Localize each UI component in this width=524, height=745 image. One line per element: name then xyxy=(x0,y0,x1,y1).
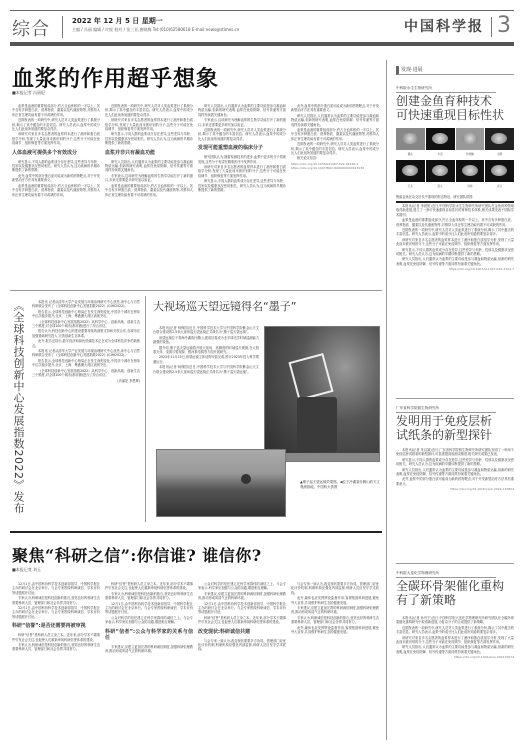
telescope-photo xyxy=(264,326,380,462)
paragraph: 研究人员指出,人们通常认为血浆的主要功能是参与凝血和物质运输,但新的研究表明,血… xyxy=(198,104,286,117)
paragraph: 专家认为,科研诚信是科技创新的基石,营造良好的科研生态需要科研人员、管理部门和社… xyxy=(105,592,193,601)
paragraph: 近期发表的一项研究中,研究人员对人类血浆进行了系统分析,揭示了其中蕴含的丰富信息… xyxy=(396,626,514,635)
article-subhead: 发现可能重塑血液的临床分子 xyxy=(198,145,286,151)
reference-link[interactable]: https://doi.org/10.1016/j.snb.2022.13289… xyxy=(396,487,514,491)
goldfish-photo: 珍珠鳞 xyxy=(456,128,485,150)
paragraph: 12月1日,由中国科协科学技术创新部指导、中国科学报社主办的研讨会在北京举行。与… xyxy=(12,606,100,619)
paragraph: 近期发表的一项研究中,研究人员对人类血浆进行了系统分析,揭示了其中蕴含的丰富信息… xyxy=(12,118,100,131)
article-column: 与会专家一致认为,改变现状需要多方协同。管理部门应优化评价机制,科研机构应强化内… xyxy=(291,582,379,740)
story-title-line: 可快速重现目标性状 xyxy=(396,108,504,122)
article-vertical-title: 《全球科技创新中心发展指数2022》发布 xyxy=(8,300,24,514)
article-headline: 聚焦“科研之信”:你信谁? 谁信你? xyxy=(12,543,262,566)
paragraph: 研究显示,不同人群的血浆成分存在差异,这些差异与年龄、性别以及健康状况密切相关。… xyxy=(396,458,514,467)
goldfish-photo-grid: 狮头 水泡 珍珠鳞 龙睛 红头 高头 绒球 虎头 xyxy=(396,128,514,192)
paragraph: 本报讯 记者从清华大学产业发展与环境治理研究中心获悉,该中心与自然科研联合发布了… xyxy=(32,300,140,309)
paragraph: 研究团队认为,随着检测技术的进步,血浆中更多的分子将被发现,这些分子有望在精准医… xyxy=(198,155,286,164)
story-source: 广东省科学院微生物研究所 xyxy=(396,406,496,413)
paragraph: 专家建议,应建立更加完善的科研诚信制度,加强科研伦理教育,推动形成风清气正的科研… xyxy=(105,645,193,654)
paragraph: 《全球科技创新中心发展指数2022》从科学中心、创新高地、创新生态三个维度,对全… xyxy=(32,320,140,329)
goldfish-photo: 绒球 xyxy=(456,160,485,182)
paragraph: 该研究对来自多名志愿者的血浆样本进行了测序和蛋白质组学分析,发现了大量此前未被识… xyxy=(396,636,514,645)
paragraph: 《全球科技创新中心发展指数2022》从科学中心、创新高地、创新生态三个维度,对全… xyxy=(32,369,140,378)
goldfish-photo: 狮头 xyxy=(396,128,425,150)
telescope-truss xyxy=(288,353,333,401)
paragraph: 专家建议,应建立更加完善的科研诚信制度,加强科研伦理教育,推动形成风清气正的科研… xyxy=(198,592,286,601)
story-title: 创建金鱼育种技术 可快速重现目标性状 xyxy=(396,94,504,122)
paragraph: 血浆是血液的重要组成部分,约占全血体积的一半以上。其中含有多种蛋白质、营养物质、… xyxy=(291,128,379,141)
article-subhead: 改变现状:科研诚信共建 xyxy=(198,629,286,635)
reference-link[interactable]: https://doi.org/10.1007/s11427-022-2194-… xyxy=(396,267,514,271)
paragraph: 研究人员指出,人们通常认为血浆的主要功能是参与凝血和物质运输,但新的研究表明,血… xyxy=(291,114,379,127)
paragraph: 本报讯 记者从清华大学产业发展与环境治理研究中心获悉,该中心与自然科研联合发布了… xyxy=(32,349,140,358)
paragraph: 相关论文信息: xyxy=(291,156,379,160)
paragraph: 专家认为,科研诚信是科技创新的基石,营造良好的科研生态需要科研人员、管理部门和社… xyxy=(12,596,100,605)
telescope-mount xyxy=(297,397,337,452)
paragraph: 此外,媒体也应发挥舆论监督作用,客观报道科研进展,避免夸大宣传,共同维护科研生态… xyxy=(291,626,379,635)
story-title-line: 有了新策略 xyxy=(396,593,504,607)
story-title-line: 创建金鱼育种技术 xyxy=(396,94,504,108)
paragraph: 科研“信誉”是科研人员立身之本。近年来,部分学术不端事件引发社会关注,也促使人们… xyxy=(12,633,100,642)
divider xyxy=(396,398,514,399)
paragraph: 科研“信誉”是科研人员立身之本。近年来,部分学术不端事件引发社会关注,也促使人们… xyxy=(198,616,286,625)
goldfish-photo: 龙睛 xyxy=(485,128,514,150)
photo-label: 珍珠鳞 xyxy=(456,152,485,156)
photo-label: 龙睛 xyxy=(485,152,514,156)
article-subhead: 人体血液可提供多个有效成分 xyxy=(12,150,100,156)
article-column: 公众对科学的信任建立在科学家群体的诚信之上。与会专家表示,科学家应加强与公众的沟… xyxy=(198,582,286,740)
paragraph: 此外,血浆中的部分蛋白质可能成为新的药物靶点,对于开发新型治疗方法具有重要意义。 xyxy=(12,174,100,183)
story-source: 中科院水生生物研究所 xyxy=(396,86,496,93)
paragraph: 该望远镜位于青海冷湖赛什腾山,建成后将成为北半球光学时域巡测能力最强的设备。 xyxy=(153,336,259,345)
paragraph: 研究显示,不同人群的血浆成分存在差异,这些差异与年龄、性别以及健康状况密切相关。… xyxy=(12,160,100,173)
paragraph: 研究显示,不同人群的血浆成分存在差异,这些差异与年龄、性别以及健康状况密切相关。… xyxy=(105,132,193,145)
paragraph: 公众对科学的信任建立在科学家群体的诚信之上。与会专家表示,科学家应加强与公众的沟… xyxy=(198,582,286,591)
paragraph: 血浆是血液的重要组成部分,约占全血体积的一半以上。其中含有多种蛋白质、营养物质、… xyxy=(105,184,193,197)
paragraph: 专家表示,这项研究为理解血浆的生物学功能打开了新的窗口,未来还需要更多研究加以验… xyxy=(198,118,286,127)
issue-date: 2022 年 12 月 5 日 星期一 xyxy=(72,16,163,26)
paragraph: 研究人员指出,人们通常认为血浆的主要功能是参与凝血和物质运输,但新的研究表明,血… xyxy=(396,257,514,266)
photo-row: 红头 高头 绒球 虎头 xyxy=(396,160,514,182)
paragraph: 与会专家一致认为,改变现状需要多方协同。管理部门应优化评价机制,科研机构应强化内… xyxy=(198,639,286,652)
story-body: 本报讯(记者 孙丹宁)近日,中国科学院大连化学物理研究所研究团队在全碳环骨架催化… xyxy=(396,616,514,740)
photo-label: 狮头 xyxy=(396,152,425,156)
divider xyxy=(145,296,146,522)
paragraph: 该研究对来自多名志愿者的血浆样本进行了测序和蛋白质组学分析,发现了大量此前未被识… xyxy=(105,118,193,131)
article-column: 研究人员指出,人们通常认为血浆的主要功能是参与凝血和物质运输,但新的研究表明,血… xyxy=(198,104,286,289)
masthead: 综合 2022 年 12 月 5 日 星期一 主编 / 冯丽 编辑 / 许悦 校… xyxy=(10,10,514,46)
article-column: 此外,血浆中的部分蛋白质可能成为新的药物靶点,对于开发新型治疗方法具有重要意义。… xyxy=(291,104,379,289)
paragraph: 专家认为,科研诚信是科技创新的基石,营造良好的科研生态需要科研人员、管理部门和社… xyxy=(291,616,379,625)
masthead-bar xyxy=(10,42,514,46)
story-title-line: 发明用于免疫层析 xyxy=(396,414,492,428)
story-title-line: 全碳环骨架催化重构 xyxy=(396,579,504,593)
paragraph: 12月1日,由中国科协科学技术创新部指导、中国科学报社主办的研讨会在北京举行。与… xyxy=(198,602,286,615)
story-title-line: 试纸条的新型探针 xyxy=(396,428,492,442)
section-name: 综合 xyxy=(12,15,50,41)
paragraph: 近期发表的一项研究中,研究人员对人类血浆进行了系统分析,揭示了其中蕴含的丰富信息… xyxy=(198,128,286,141)
observatory-photo xyxy=(156,449,286,517)
photo-label: 绒球 xyxy=(456,184,485,188)
photo-caption: 鲁丽金鱼在杂交后代中重现的形态特征。研究团队供图 xyxy=(396,194,514,203)
paragraph: 研究显示,不同人群的血浆成分存在差异,这些差异与年龄、性别以及健康状况密切相关。… xyxy=(198,179,286,192)
paragraph: 血浆是血液的重要组成部分,约占全血体积的一半以上。其中含有多种蛋白质、营养物质、… xyxy=(12,104,100,117)
paragraph: 本报讯(记者 杨保国)近日,中国科学技术大学与中国科学院紫金山天文台联合建设的2… xyxy=(153,365,259,374)
goldfish-photo: 高头 xyxy=(426,160,455,182)
story-body: 本报讯(记者 朱汉斌)近日,广东省科学院微生物研究所研究团队发明了一种用于免疫层… xyxy=(396,448,514,560)
paragraph: 专家建议,应建立更加完善的科研诚信制度,加强科研伦理教育,推动形成风清气正的科研… xyxy=(291,606,379,615)
photo-label: 虎头 xyxy=(485,184,514,188)
photo-label: 高头 xyxy=(426,184,455,188)
article-subhead: 科研“信者”:公众与科学家的关系与信任 xyxy=(105,629,193,641)
photo-caption: ▲墨子巡天望远镜效果图。◀位于冷湖赛什腾山的天文观测基地。中国科大供图 xyxy=(300,480,380,490)
divider xyxy=(62,16,63,38)
observatory-dome xyxy=(241,474,251,484)
photo-label: 水泡 xyxy=(426,152,455,156)
paragraph: 2022年11月15日,该望远镜主体结构安装完成,预计2023年投入科学观测运行… xyxy=(153,355,259,364)
paragraph: 公众对科学的信任建立在科学家群体的诚信之上。与会专家表示,科学家应加强与公众的沟… xyxy=(105,616,193,625)
paragraph: 报告显示,全球科技创新中心格局正在发生深刻变化,中国多个城市在榜单中位次稳步提升… xyxy=(32,359,140,368)
paragraph: 该研究对来自多名志愿者的血浆样本进行了测序和蛋白质组学分析,发现了大量此前未被识… xyxy=(198,165,286,178)
divider xyxy=(396,563,514,564)
paragraph: 12月1日,由中国科协科学技术创新部指导、中国科学报社主办的研讨会在北京举行。与… xyxy=(105,602,193,615)
article-subhead: 科研“信誉”:是否还需要再被审视 xyxy=(12,623,100,629)
paragraph: 专家认为,科研诚信是科技创新的基石,营造良好的科研生态需要科研人员、管理部门和社… xyxy=(12,643,100,652)
article-byline: ■本报记者 冯丽妃 xyxy=(12,90,45,96)
paragraph: 报告显示,全球科技创新中心格局正在发生深刻变化,中国多个城市在榜单中位次稳步提升… xyxy=(32,310,140,319)
paragraph: 与会专家一致认为,改变现状需要多方协同。管理部门应优化评价机制,科研机构应强化内… xyxy=(291,582,379,595)
paragraph: 近期发表的一项研究中,研究人员对人类血浆进行了系统分析,揭示了其中蕴含的丰富信息… xyxy=(105,104,193,117)
article-byline: ■本报记者 刘玉 xyxy=(12,567,41,573)
paragraph: 此外,媒体也应发挥舆论监督作用,客观报道科研进展,避免夸大宣传,共同维护科研生态… xyxy=(291,596,379,605)
story-title: 全碳环骨架催化重构 有了新策略 xyxy=(396,579,504,607)
paragraph: 报告认为,科技创新中心的建设需要持续的政策支持和开放合作,各城市应加强基础研究投… xyxy=(32,329,140,338)
page-number: 3 xyxy=(497,13,511,38)
photo-row: 狮头 水泡 珍珠鳞 龙睛 xyxy=(396,128,514,150)
article-column: 科研“信誉”是科研人员立身之本。近年来,部分学术不端事件引发社会关注,也促使人们… xyxy=(105,582,193,740)
article-headline: 血浆的作用超乎想象 xyxy=(12,62,219,93)
story-title: 发明用于免疫层析 试纸条的新型探针 xyxy=(396,414,492,442)
story-body: 本报讯(记者 李晨阳)近日,中国科学院水生生物研究所研究团队在金鱼育种领域取得新… xyxy=(396,204,514,394)
paragraph: 研究人员指出,人们通常认为血浆的主要功能是参与凝血和物质运输,但新的研究表明,血… xyxy=(396,468,514,477)
divider xyxy=(491,17,492,37)
paragraph: 专家表示,这项研究为理解血浆的生物学功能打开了新的窗口,未来还需要更多研究加以验… xyxy=(105,174,193,183)
newspaper-logo: 中国科学报 xyxy=(404,16,484,36)
paragraph: 此外,血浆中的部分蛋白质可能成为新的药物靶点,对于开发新型治疗方法具有重要意义。 xyxy=(396,477,514,486)
paragraph: 近期发表的一项研究中,研究人员对人类血浆进行了系统分析,揭示了其中蕴含的丰富信息… xyxy=(291,142,379,155)
paragraph: 近期发表的一项研究中,研究人员对人类血浆进行了系统分析,揭示了其中蕴含的丰富信息… xyxy=(396,228,514,237)
goldfish-photo: 红头 xyxy=(396,160,425,182)
article-column: 本报讯(记者 杨保国)近日,中国科学技术大学与中国科学院紫金山天文台联合建设的2… xyxy=(153,326,259,444)
sidebar-header: 发现·进展 xyxy=(396,66,514,75)
paragraph: 血浆是血液的重要组成部分,约占全血体积的一半以上。其中含有多种蛋白质、营养物质、… xyxy=(396,218,514,227)
article-headline: 大视场巡天望远镜得名“墨子” xyxy=(153,298,296,314)
editor-credits: 主编 / 冯丽 编辑 / 许悦 校对 / 张三亚,唐晓梅 Tel:(010)62… xyxy=(72,27,239,33)
divider xyxy=(386,60,387,740)
divider xyxy=(10,531,382,533)
article-column: 本报讯 记者从清华大学产业发展与环境治理研究中心获悉,该中心与自然科研联合发布了… xyxy=(32,300,140,522)
paragraph: 科研“信誉”是科研人员立身之本。近年来,部分学术不端事件引发社会关注,也促使人们… xyxy=(105,582,193,591)
paragraph: 该研究对来自多名志愿者的血浆样本进行了测序和蛋白质组学分析,发现了大量此前未被识… xyxy=(12,132,100,145)
paragraph: 本报讯(记者 杨保国)近日,中国科学技术大学与中国科学院紫金山天文台联合建设的2… xyxy=(153,326,259,335)
article-column: 血浆是血液的重要组成部分,约占全血体积的一半以上。其中含有多种蛋白质、营养物质、… xyxy=(12,104,100,289)
article-column: 12月1日,由中国科协科学技术创新部指导、中国科学报社主办的研讨会在北京举行。与… xyxy=(12,582,100,740)
divider xyxy=(10,290,382,291)
article-subhead: 血浆并非只有凝血功能 xyxy=(105,150,193,156)
reference-link[interactable]: https://doi.org/10.1097/BLD.000000000001… xyxy=(291,166,379,170)
paragraph: 本报讯(记者 孙丹宁)近日,中国科学院大连化学物理研究所研究团队在全碳环骨架催化… xyxy=(396,616,514,625)
reference-link[interactable]: https://doi.org/10.1002/anie.202215674 xyxy=(396,655,514,659)
paragraph: 研究显示,不同人群的血浆成分存在差异,这些差异与年龄、性别以及健康状况密切相关。… xyxy=(396,248,514,257)
paragraph: 据介绍,墨子巡天望远镜将开展大视场、高精度的时域巡天观测,在太阳系天体、变源与暂… xyxy=(153,346,259,355)
paragraph: 此外,血浆中的部分蛋白质可能成为新的药物靶点,对于开发新型治疗方法具有重要意义。 xyxy=(291,104,379,113)
paragraph: 研究人员指出,人们通常认为血浆的主要功能是参与凝血和物质运输,但新的研究表明,血… xyxy=(105,160,193,173)
article-signature: (冯丽妃 李思辉) xyxy=(32,379,140,383)
paragraph: 12月1日,由中国科协科学技术创新部指导、中国科学报社主办的研讨会在北京举行。与… xyxy=(12,582,100,595)
paragraph: 血浆是血液的重要组成部分,约占全血体积的一半以上。其中含有多种蛋白质、营养物质、… xyxy=(12,184,100,197)
goldfish-photo: 虎头 xyxy=(485,160,514,182)
story-source: 中科院大连化学物理研究所 xyxy=(396,571,496,578)
paragraph: 此外,报告还指出,数字经济和绿色低碳技术正在成为全球科技竞争的新焦点。 xyxy=(32,339,140,348)
goldfish-photo: 水泡 xyxy=(426,128,455,150)
paragraph: 研究人员指出,人们通常认为血浆的主要功能是参与凝血和物质运输,但新的研究表明,血… xyxy=(396,645,514,654)
photo-label: 红头 xyxy=(396,184,425,188)
paragraph: 本报讯(记者 李晨阳)近日,中国科学院水生生物研究所研究团队在金鱼育种领域取得新… xyxy=(396,204,514,217)
paragraph: 该研究对来自多名志愿者的血浆样本进行了测序和蛋白质组学分析,发现了大量此前未被识… xyxy=(396,238,514,247)
article-column: 近期发表的一项研究中,研究人员对人类血浆进行了系统分析,揭示了其中蕴含的丰富信息… xyxy=(105,104,193,289)
paragraph: 本报讯(记者 朱汉斌)近日,广东省科学院微生物研究所研究团队发明了一种用于免疫层… xyxy=(396,448,514,457)
